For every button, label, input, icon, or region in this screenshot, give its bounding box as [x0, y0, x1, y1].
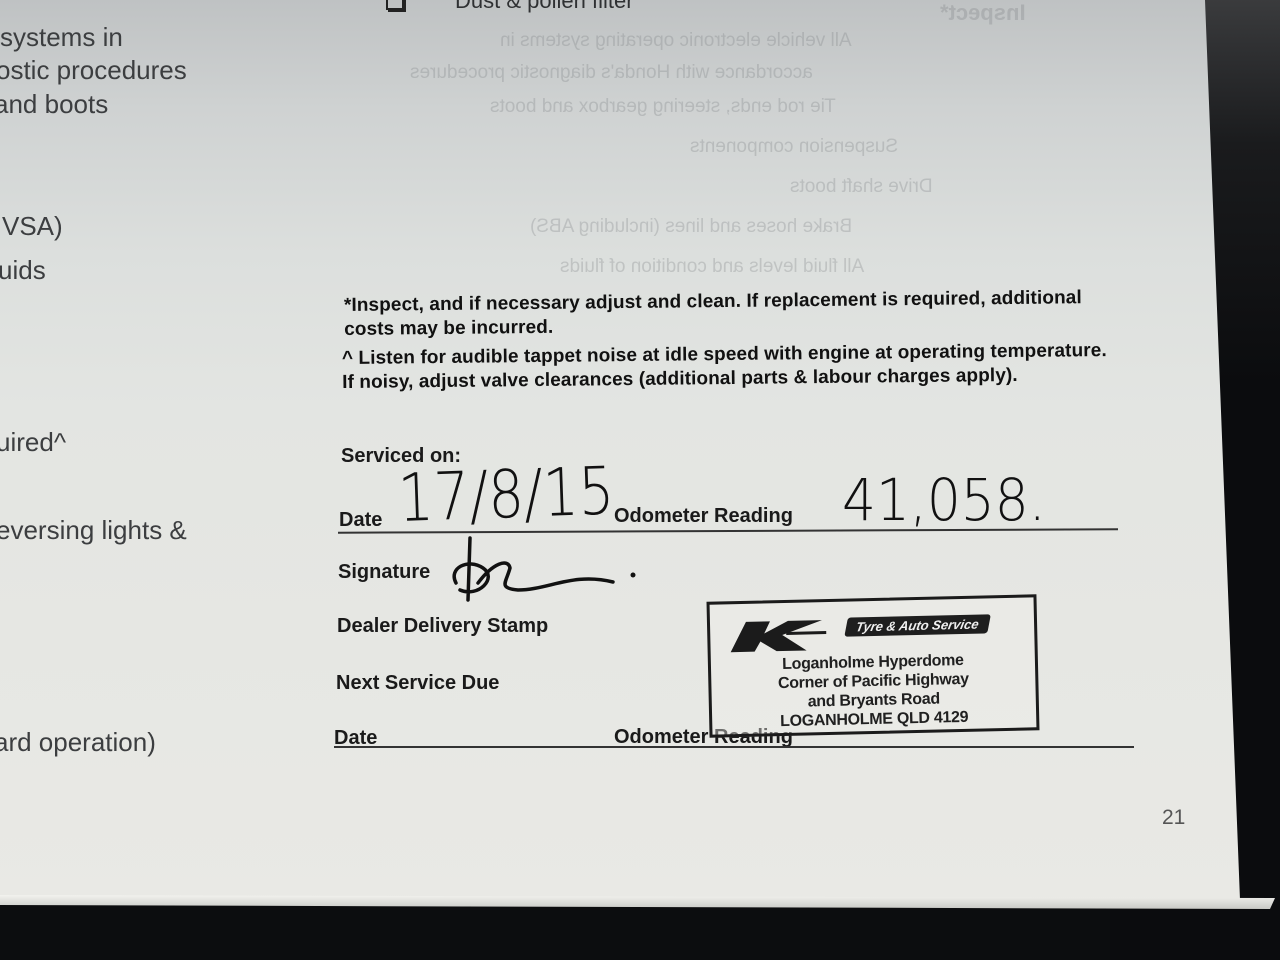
- date-value[interactable]: 17/8/15: [397, 452, 616, 537]
- left-text-fragment: systems in: [0, 22, 123, 53]
- next-service-rule: [334, 746, 1134, 748]
- showthrough-line: All vehicle electronic operating systems…: [500, 30, 852, 52]
- odometer-label: Odometer Reading: [614, 505, 793, 528]
- showthrough-line: Tie rod ends, steering gearbox and boots: [490, 96, 836, 118]
- showthrough-line: Brake hoses and lines (including ABS): [530, 216, 852, 238]
- note-asterisk: *Inspect, and if necessary adjust and cl…: [344, 286, 1104, 342]
- stamp-badge: Tyre & Auto Service: [844, 614, 990, 636]
- next-service-label: Next Service Due: [336, 672, 499, 695]
- left-text-fragment: uids: [0, 255, 46, 286]
- dust-pollen-filter-label: Dust & pollen filter: [455, 0, 634, 14]
- left-text-fragment: eversing lights &: [0, 515, 187, 546]
- dealer-stamp-label: Dealer Delivery Stamp: [337, 615, 548, 638]
- note-caret: ^ Listen for audible tappet noise at idl…: [342, 339, 1112, 395]
- left-text-fragment: ostic procedures: [0, 55, 187, 86]
- stamp-address: Loganholme Hyperdome Corner of Pacific H…: [711, 649, 1037, 732]
- checkbox-icon[interactable]: [386, 0, 404, 10]
- left-text-fragment: VSA): [2, 211, 63, 242]
- showthrough-heading: Inspect*: [940, 0, 1026, 26]
- booklet-page: Inspect* All vehicle electronic operatin…: [0, 0, 1240, 905]
- date-label: Date: [339, 509, 382, 532]
- page-number: 21: [1162, 806, 1185, 830]
- showthrough-line: accordance with Honda's diagnostic proce…: [410, 62, 813, 84]
- showthrough-line: Drive shaft boots: [790, 176, 933, 198]
- showthrough-line: Suspension components: [690, 136, 898, 158]
- k-logo-icon: [726, 616, 827, 654]
- left-text-fragment: and boots: [0, 89, 108, 120]
- showthrough-line: All fluid levels and condition of fluids: [560, 256, 864, 278]
- signature-label: Signature: [338, 561, 430, 584]
- odometer-value[interactable]: 41,058.: [842, 466, 1046, 534]
- left-text-fragment: ard operation): [0, 727, 156, 758]
- dealer-stamp: Tyre & Auto Service Loganholme Hyperdome…: [706, 594, 1039, 737]
- signature-mark[interactable]: [448, 528, 648, 608]
- left-text-fragment: uired^: [0, 427, 66, 458]
